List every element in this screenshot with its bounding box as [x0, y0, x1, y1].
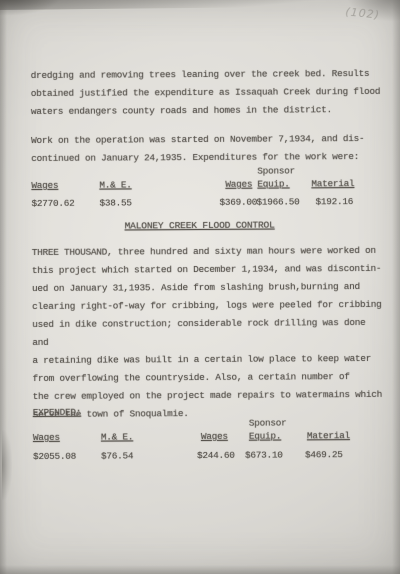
table1-header-wages: Wages: [31, 180, 58, 191]
table1-value-wages: $2770.62: [31, 198, 74, 209]
table2-header-sponsor-wages: Wages: [201, 431, 228, 442]
table1-header-m-and-e: M.& E.: [99, 179, 131, 190]
table1-value-material: $192.16: [315, 196, 353, 207]
table1-value-sponsor-equip: $1966.50: [256, 196, 299, 207]
table1-value-m-and-e: $38.55: [99, 197, 131, 208]
table2-header-material: Material: [307, 430, 350, 441]
section-heading-maloney-creek: MALONEY CREEK FLOOD CONTROL: [0, 219, 400, 232]
table1-header-sponsor-wages: Wages: [225, 179, 252, 190]
table1-header-material: Material: [311, 178, 354, 189]
expended-label: EXPENDED:: [33, 407, 81, 418]
paragraph-operation-dates: Work on the operation was started on Nov…: [31, 130, 383, 168]
table2-header-m-and-e: M.& E.: [101, 431, 133, 442]
table1-value-sponsor-wages: $369.00: [219, 197, 257, 208]
expenditure-table-issaquah: Sponsor Wages M.& E. Wages Equip. Materi…: [0, 165, 400, 219]
table2-value-sponsor-wages: $244.60: [197, 450, 235, 461]
paragraph-dredging: dredging and removing trees leaning over…: [31, 65, 383, 121]
table2-value-wages: $2055.08: [33, 451, 76, 462]
handwritten-page-number: (102): [345, 5, 381, 21]
scanned-document-page: (102) dredging and removing trees leanin…: [0, 0, 400, 574]
table1-sponsor-label: Sponsor: [257, 165, 295, 176]
table2-header-sponsor-equip: Equip.: [249, 431, 281, 442]
table2-value-material: $469.25: [305, 449, 343, 460]
table2-value-m-and-e: $76.54: [101, 450, 133, 461]
table2-sponsor-label: Sponsor: [249, 417, 287, 428]
table1-header-sponsor-equip: Equip.: [257, 178, 289, 189]
table2-header-wages: Wages: [33, 432, 60, 443]
paragraph-maloney-project: THREE THOUSAND, three hundred and sixty …: [32, 242, 385, 424]
table2-value-sponsor-equip: $673.10: [245, 449, 283, 460]
page-content: (102) dredging and removing trees leanin…: [0, 0, 400, 574]
expenditure-table-maloney: Sponsor Wages M.& E. Wages Equip. Materi…: [1, 417, 400, 471]
